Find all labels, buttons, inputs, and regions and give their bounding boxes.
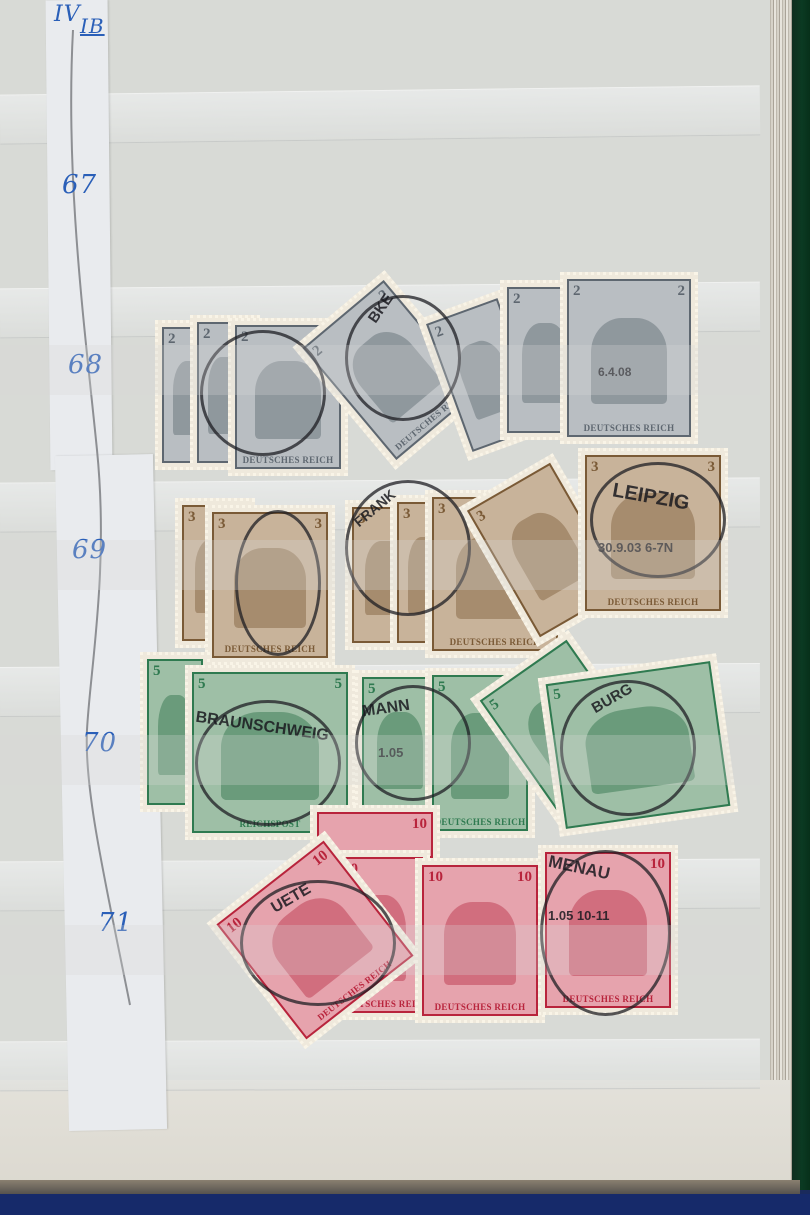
album-cover-right [790, 0, 810, 1190]
handwritten-mark: IV [54, 2, 81, 27]
stamp-3pf-brown: 33DEUTSCHES REICH [578, 448, 728, 618]
album-cover-bottom [0, 1194, 810, 1215]
handwritten-mark: IB [80, 14, 105, 38]
mount-overlay [0, 345, 760, 395]
page-bottom-edge [0, 1180, 800, 1194]
mount-overlay [0, 735, 760, 785]
postmark-date: 1.05 10-11 [548, 908, 609, 923]
row-number-67: 67 [62, 170, 97, 200]
mount-overlay [0, 925, 760, 975]
stamp-album-photo: IV IB 67 68 69 70 71 2 2 2DEUTSCHES REIC… [0, 0, 810, 1215]
mount-overlay [0, 540, 760, 590]
